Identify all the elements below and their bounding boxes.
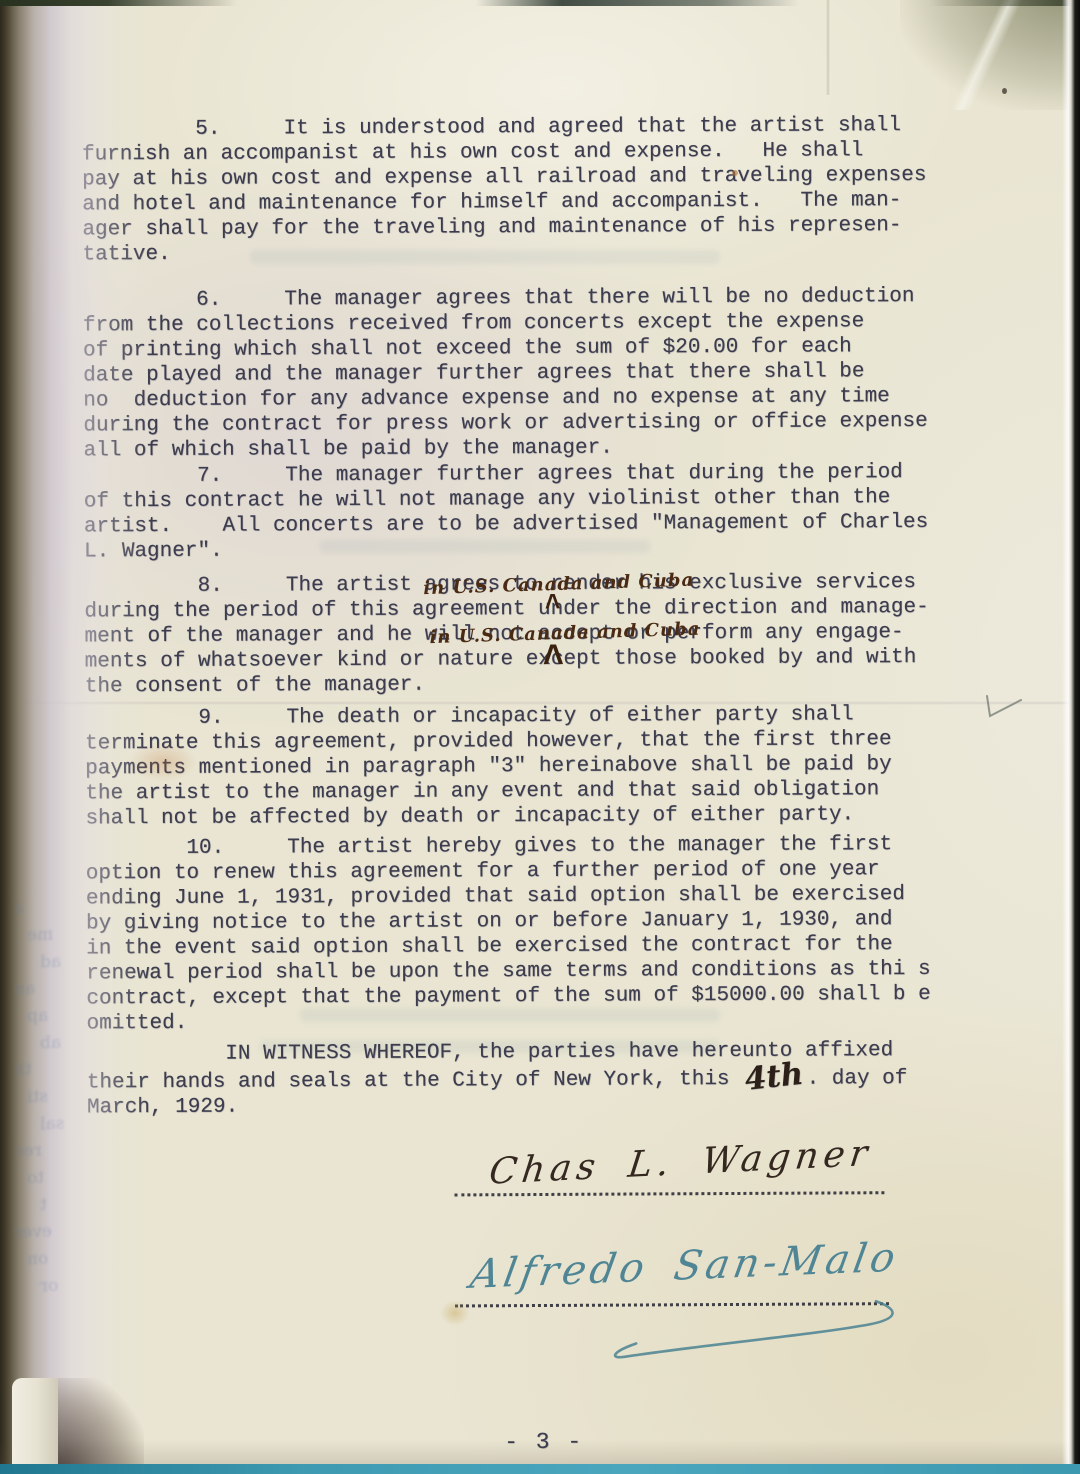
bottom-left-page-curl bbox=[12, 1378, 58, 1474]
bleed-text-fragment: ap bbox=[27, 1006, 49, 1027]
typed-line: ager shall pay for the traveling and mai… bbox=[82, 213, 926, 242]
insertion-caret-2: ^ bbox=[543, 639, 565, 690]
typed-line: ments of whatsoever kind or nature excep… bbox=[85, 645, 929, 674]
paragraph-6: 6. The manager agrees that there will be… bbox=[83, 284, 928, 463]
bottom-fold-shadow bbox=[0, 1440, 1080, 1466]
ink-stain bbox=[128, 742, 198, 782]
bleed-text-fragment: an bbox=[14, 979, 36, 1000]
typed-line: all of which shall be paid by the manage… bbox=[83, 434, 927, 463]
bottom-left-curl-shadow bbox=[58, 1378, 144, 1474]
scanned-contract-page: 5. It is understood and agreed that the … bbox=[0, 0, 1080, 1474]
bleed-text-fragment: ab bbox=[40, 1033, 62, 1054]
signature-flourish bbox=[578, 1293, 918, 1370]
bleed-text-fragment: on bbox=[27, 1249, 49, 1270]
paper-stain bbox=[440, 1300, 470, 1326]
typed-line: tative. bbox=[82, 238, 926, 267]
right-page-edge bbox=[1062, 0, 1080, 1474]
bleed-text-fragment: ad bbox=[40, 952, 62, 973]
witness-line-3: March, 1929. bbox=[87, 1091, 908, 1120]
typed-line: contract, except that the payment of the… bbox=[86, 982, 930, 1011]
typed-line: omitted. bbox=[86, 1007, 930, 1036]
bleed-text-fragment: t bbox=[40, 1195, 48, 1215]
paragraph-7: 7. The manager further agrees that durin… bbox=[84, 460, 929, 564]
top-edge-shadow bbox=[0, 0, 1080, 6]
bleed-text-fragment: me bbox=[27, 925, 54, 946]
insertion-caret-1: ^ bbox=[545, 590, 561, 628]
witness-line-2-tail: . day of bbox=[806, 1067, 907, 1091]
handwritten-day: 4th bbox=[744, 1064, 804, 1090]
typed-content: 5. It is understood and agreed that the … bbox=[0, 0, 1080, 1474]
bleed-text-fragment: or bbox=[40, 1276, 59, 1297]
bleed-text-fragment: sti bbox=[27, 1087, 49, 1108]
typed-line: shall not be affected by death or incapa… bbox=[85, 802, 892, 831]
margin-check-mark bbox=[975, 688, 1027, 730]
paragraph-9: 9. The death or incapacity of either par… bbox=[85, 702, 892, 831]
witness-line-2: their hands and seals at the City of New… bbox=[87, 1063, 908, 1095]
witness-line-2-text: their hands and seals at the City of New… bbox=[87, 1068, 742, 1094]
typed-line: during the contract for press work or ad… bbox=[83, 409, 927, 438]
ink-dot bbox=[732, 170, 738, 176]
ink-dot bbox=[1002, 88, 1007, 94]
fold-crease-horizontal bbox=[0, 701, 1080, 705]
bleed-text-fragment: th bbox=[14, 1060, 32, 1081]
bottom-edge-strip bbox=[0, 1464, 1080, 1474]
typed-line: L. Wagner". bbox=[84, 535, 928, 564]
bleed-text-fragment: sal bbox=[40, 1114, 65, 1135]
signature-manager: Chas L. Wagner bbox=[487, 1133, 875, 1193]
bleed-text-fragment: rec bbox=[14, 1141, 42, 1162]
witness-clause: IN WITNESS WHEREOF, the parties have her… bbox=[87, 1038, 908, 1120]
typed-line: the consent of the manager. bbox=[85, 670, 929, 699]
bleed-text-fragment: to bbox=[27, 1168, 45, 1189]
paragraph-10: 10. The artist hereby gives to the manag… bbox=[86, 832, 931, 1036]
fold-crease-vertical bbox=[826, 0, 830, 95]
typed-line: artist. All concerts are to be advertise… bbox=[84, 510, 928, 539]
signature-artist: Alfredo San-Malo bbox=[467, 1234, 902, 1298]
paragraph-8: in U.S. Canada and Cuba ^ in U.S. Canada… bbox=[84, 570, 929, 699]
signature-line-1 bbox=[454, 1191, 884, 1196]
bleed-text-fragment: ever bbox=[14, 1221, 53, 1242]
paragraph-5: 5. It is understood and agreed that the … bbox=[82, 113, 927, 267]
bleed-text-fragment: a bbox=[14, 898, 25, 918]
